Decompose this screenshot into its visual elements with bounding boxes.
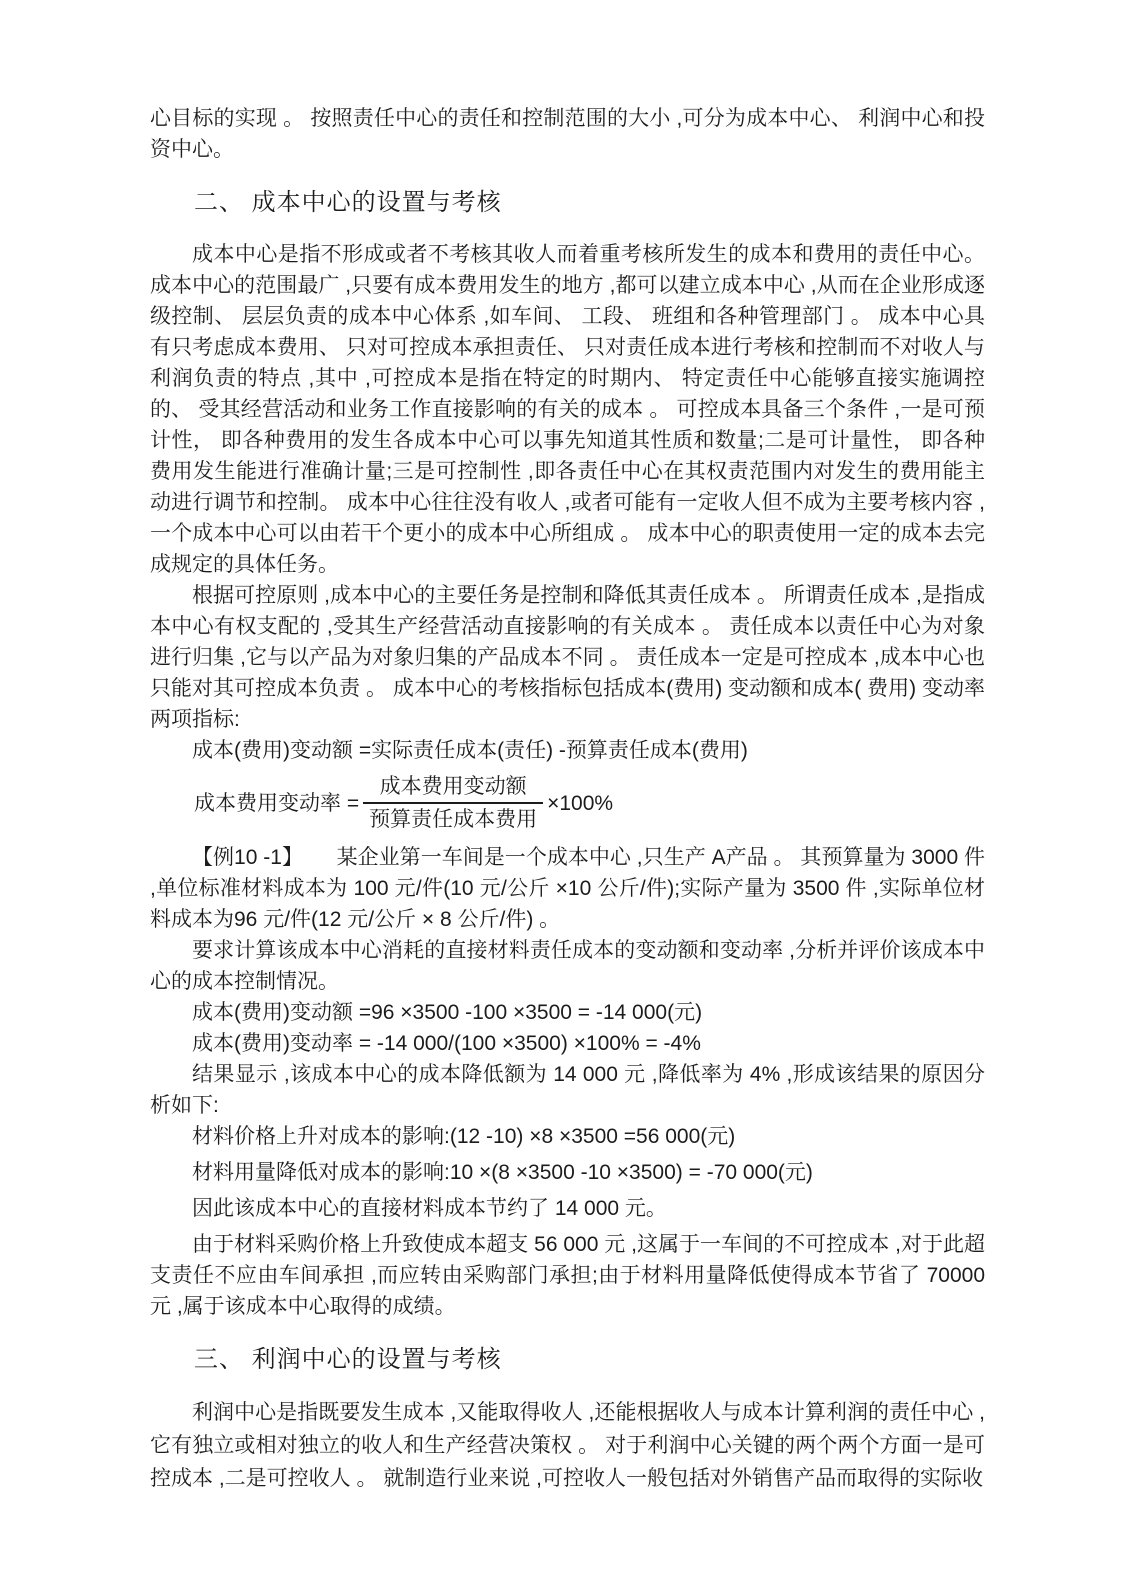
- cost-center-definition-paragraph: 成本中心是指不形成或者不考核其收人而着重考核所发生的成本和费用的责任中心。 成本…: [150, 239, 985, 580]
- section-heading-profit-center: 三、 利润中心的设置与考核: [194, 1343, 985, 1377]
- fraction-denominator: 预算责任成本费用: [363, 804, 543, 833]
- requirement-paragraph: 要求计算该成本中心消耗的直接材料责任成本的变动额和变动率 ,分析并评价该成本中心…: [150, 935, 985, 997]
- analysis-paragraph: 由于材料采购价格上升致使成本超支 56 000 元 ,这属于一车间的不可控成本 …: [150, 1229, 985, 1322]
- cost-change-rate-formula: 成本费用变动率 = 成本费用变动额 预算责任成本费用 ×100%: [194, 773, 985, 833]
- document-page: 心目标的实现 。 按照责任中心的责任和控制范围的大小 ,可分为成本中心、 利润中…: [0, 0, 1128, 1570]
- section-heading-cost-center: 二、 成本中心的设置与考核: [194, 186, 985, 220]
- calc-change-line: 成本(费用)变动额 =96 ×3500 -100 ×3500 = -14 000…: [150, 997, 985, 1028]
- responsibility-cost-paragraph: 根据可控原则 ,成本中心的主要任务是控制和降低其责任成本 。 所谓责任成本 ,是…: [150, 580, 985, 735]
- price-effect-line: 材料价格上升对成本的影响:(12 -10) ×8 ×3500 =56 000(元…: [150, 1121, 985, 1152]
- conclusion-line: 因此该成本中心的直接材料成本节约了 14 000 元。: [150, 1193, 985, 1224]
- formula-fraction: 成本费用变动额 预算责任成本费用: [363, 773, 543, 833]
- profit-center-definition-paragraph: 利润中心是指既要发生成本 ,又能取得收人 ,还能根据收人与成本计算利润的责任中心…: [150, 1396, 985, 1495]
- formula-rhs: ×100%: [547, 788, 613, 819]
- cost-change-amount-formula: 成本(费用)变动额 =实际责任成本(责任) -预算责任成本(费用): [150, 735, 985, 766]
- formula-lhs: 成本费用变动率 =: [194, 788, 359, 819]
- result-paragraph: 结果显示 ,该成本中心的成本降低额为 14 000 元 ,降低率为 4% ,形成…: [150, 1059, 985, 1121]
- fraction-numerator: 成本费用变动额: [363, 773, 543, 804]
- usage-effect-line: 材料用量降低对成本的影响:10 ×(8 ×3500 -10 ×3500) = -…: [150, 1157, 985, 1188]
- example-paragraph: 【例10 -1】某企业第一车间是一个成本中心 ,只生产 A产品 。 其预算量为 …: [150, 842, 985, 935]
- calc-rate-line: 成本(费用)变动率 = -14 000/(100 ×3500) ×100% = …: [150, 1028, 985, 1059]
- example-label: 【例10 -1】: [192, 846, 303, 869]
- intro-continuation-paragraph: 心目标的实现 。 按照责任中心的责任和控制范围的大小 ,可分为成本中心、 利润中…: [150, 103, 985, 165]
